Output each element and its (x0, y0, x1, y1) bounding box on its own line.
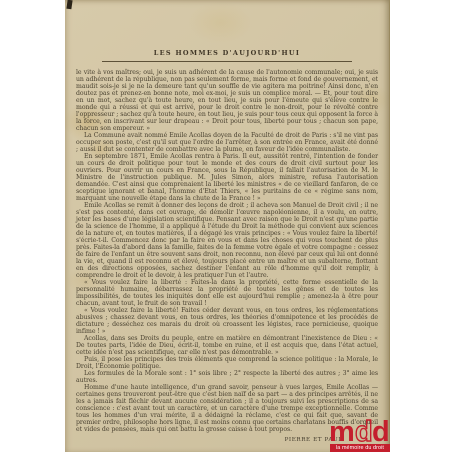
paragraph: En septembre 1871, Emile Acollas rentra … (76, 153, 378, 202)
paragraph: Emile Acollas se remit à donner des leço… (76, 202, 378, 279)
paragraph: « Vous voulez faire la liberté! Faites c… (76, 307, 378, 335)
page-content: LES HOMMES D'AUJOURD'HUI le vite à vos m… (76, 0, 378, 452)
mdd-logo-letters: m d d (330, 419, 390, 443)
scanned-page: LES HOMMES D'AUJOURD'HUI le vite à vos m… (65, 0, 390, 452)
logo-letter-d-outline: d (355, 419, 373, 443)
paragraph: le vite à vos maîtres; oui, je suis un a… (76, 69, 378, 132)
paragraph: Acollas, dans ses Droits du peuple, entr… (76, 335, 378, 356)
scan-canvas: LES HOMMES D'AUJOURD'HUI le vite à vos m… (0, 0, 452, 452)
article-body: le vite à vos maîtres; oui, je suis un a… (76, 69, 378, 433)
paragraph: Puis, il pose les principes des trois él… (76, 356, 378, 370)
paragraph: La Commune avait nommé Emile Acollas doy… (76, 132, 378, 153)
memoire-du-droit-logo: m d d la mémoire du droit (330, 419, 390, 452)
logo-letter-d: d (372, 419, 390, 443)
paragraph: Les formules de la Morale sont : 1° sois… (76, 370, 378, 384)
logo-letter-m: m (330, 419, 355, 443)
page-title: LES HOMMES D'AUJOURD'HUI (76, 49, 378, 57)
paragraph: « Vous voulez faire la liberté : Faites-… (76, 279, 378, 307)
header-divider (102, 61, 352, 62)
scan-artifact (66, 0, 72, 9)
logo-caption: la mémoire du droit (330, 444, 390, 452)
